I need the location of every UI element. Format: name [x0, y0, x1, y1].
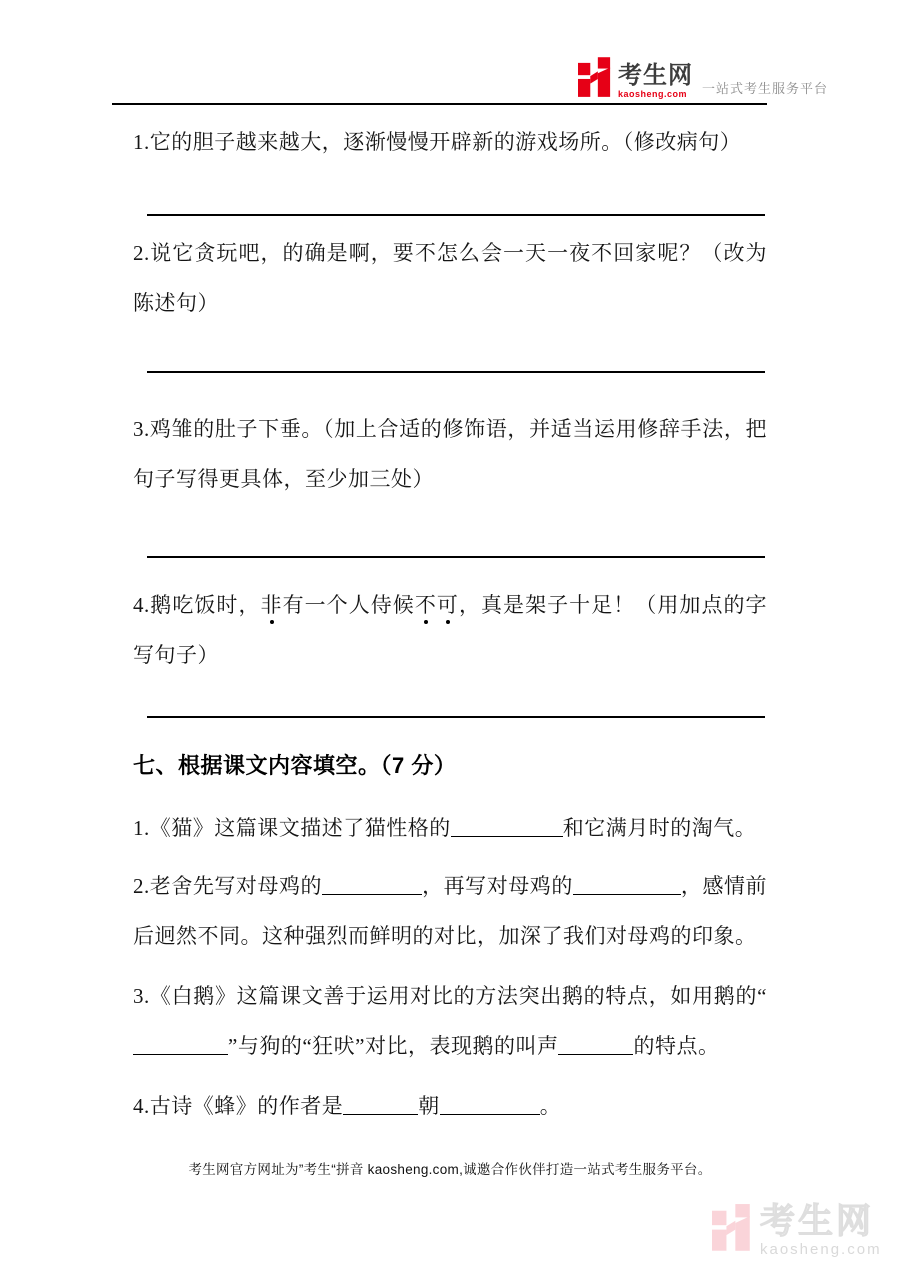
question-2: 2.说它贪玩吧，的确是啊，要不怎么会一天一夜不回家呢？（改为陈述句）: [133, 228, 767, 328]
question-text: 鸡雏的肚子下垂。（加上合适的修饰语，并适当运用修辞手法，把句子写得更具体，至少加…: [133, 417, 767, 491]
question-3: 3.鸡雏的肚子下垂。（加上合适的修饰语，并适当运用修辞手法，把句子写得更具体，至…: [133, 404, 767, 504]
brand-tagline: 一站式考生服务平台: [702, 78, 828, 99]
question-number: 4.: [133, 593, 150, 617]
question-number: 2.: [133, 241, 150, 265]
fill-blank: [440, 1114, 540, 1115]
emphasized-char: 非: [261, 593, 283, 617]
question-1: 1.它的胆子越来越大，逐渐慢慢开辟新的游戏场所。（修改病句）: [133, 117, 767, 167]
footer-notice: 考生网官方网址为”考生“拼音 kaosheng.com,诚邀合作伙伴打造一站式考…: [0, 1158, 900, 1178]
question-number: 1.: [133, 130, 150, 154]
emphasized-char: 不: [415, 593, 437, 617]
brand-name: 考生网: [618, 64, 693, 88]
emphasized-char: 可: [437, 593, 459, 617]
kaosheng-watermark: 考生网 kaosheng.com: [712, 1204, 882, 1257]
watermark-brand-name: 考生网: [760, 1204, 882, 1239]
fill-item-3: 3.《白鹅》这篇课文善于运用对比的方法突出鹅的特点，如用鹅的“”与狗的“狂吠”对…: [133, 971, 767, 1071]
fill-item-2: 2.老舍先写对母鸡的，再写对母鸡的，感情前后迥然不同。这种强烈而鲜明的对比，加深…: [133, 861, 767, 961]
item-text: 。: [540, 1094, 562, 1118]
item-text: 古诗《蜂》的作者是: [150, 1094, 344, 1118]
question-number: 3.: [133, 417, 150, 441]
fill-blank: [322, 894, 422, 895]
answer-line-4: [147, 716, 765, 718]
item-text: 老舍先写对母鸡的: [150, 874, 322, 898]
watermark-brand-domain: kaosheng.com: [760, 1242, 882, 1257]
item-text: 和它满月时的淘气。: [563, 816, 757, 840]
item-number: 1.: [133, 816, 150, 840]
question-text-part: 鹅吃饭时，: [150, 593, 261, 617]
fill-blank: [558, 1054, 633, 1055]
item-text: ，再写对母鸡的: [422, 874, 573, 898]
fill-blank: [133, 1054, 228, 1055]
kaosheng-logo: 考生网 kaosheng.com 一站式考生服务平台: [578, 57, 828, 99]
question-text: 它的胆子越来越大，逐渐慢慢开辟新的游戏场所。（修改病句）: [150, 130, 742, 154]
brand-domain: kaosheng.com: [618, 90, 693, 99]
answer-line-3: [147, 556, 765, 558]
question-4: 4.鹅吃饭时，非有一个人侍候不可，真是架子十足！（用加点的字写句子）: [133, 580, 767, 680]
item-number: 3.: [133, 984, 150, 1008]
question-text: 说它贪玩吧，的确是啊，要不怎么会一天一夜不回家呢？（改为陈述句）: [133, 241, 767, 315]
item-text: 《猫》这篇课文描述了猫性格的: [150, 816, 451, 840]
fill-blank: [451, 836, 563, 837]
item-text: 《白鹅》这篇课文善于运用对比的方法突出鹅的特点，如用鹅的“: [150, 984, 767, 1008]
header-divider: [112, 103, 767, 105]
section-heading: 七、根据课文内容填空。（7 分）: [133, 741, 767, 791]
item-text: 朝: [418, 1094, 440, 1118]
fill-blank: [573, 894, 681, 895]
kaosheng-watermark-icon: [712, 1204, 752, 1253]
question-text-part: 有一个人侍候: [283, 593, 415, 617]
item-number: 2.: [133, 874, 150, 898]
kaosheng-logo-icon: [578, 57, 612, 99]
logo-text-column: 考生网 kaosheng.com: [618, 64, 693, 99]
answer-line-1: [147, 214, 765, 216]
fill-item-1: 1.《猫》这篇课文描述了猫性格的和它满月时的淘气。: [133, 803, 767, 853]
exam-paper-page: 考生网 kaosheng.com 一站式考生服务平台 1.它的胆子越来越大，逐渐…: [0, 0, 900, 1273]
item-number: 4.: [133, 1094, 150, 1118]
watermark-text-column: 考生网 kaosheng.com: [760, 1204, 882, 1257]
fill-item-4: 4.古诗《蜂》的作者是朝。: [133, 1081, 767, 1131]
item-text: ”与狗的“狂吠”对比，表现鹅的叫声: [228, 1034, 558, 1058]
item-text: 的特点。: [633, 1034, 719, 1058]
answer-line-2: [147, 371, 765, 373]
fill-blank: [343, 1114, 418, 1115]
